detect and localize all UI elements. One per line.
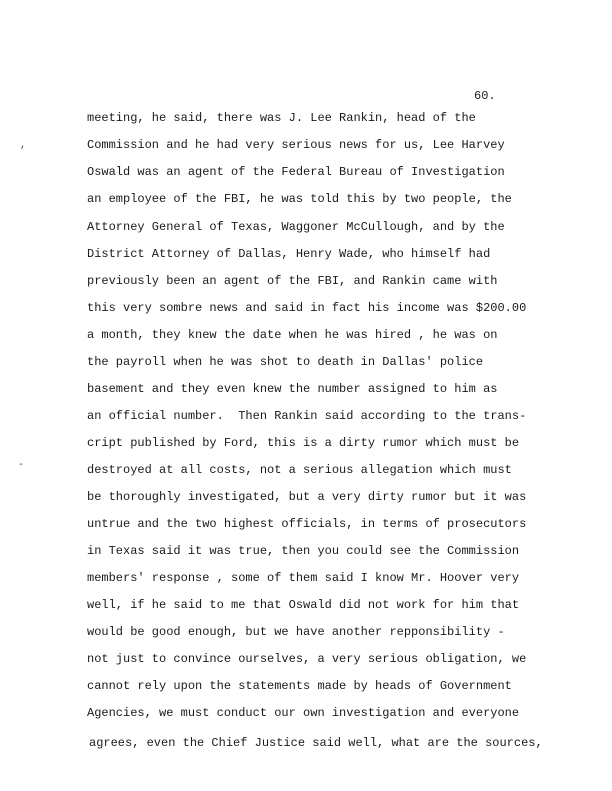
text-line: an official number. Then Rankin said acc… [87,409,526,423]
text-line: would be good enough, but we have anothe… [87,625,505,639]
text-line: a month, they knew the date when he was … [87,328,497,342]
text-line: destroyed at all costs, not a serious al… [87,463,512,477]
text-line: agrees, even the Chief Justice said well… [89,736,543,750]
text-line: meeting, he said, there was J. Lee Ranki… [87,111,476,125]
text-line: not just to convince ourselves, a very s… [87,652,526,666]
text-line: Oswald was an agent of the Federal Burea… [87,165,505,179]
text-line: the payroll when he was shot to death in… [87,355,483,369]
text-line: basement and they even knew the number a… [87,382,497,396]
text-line: Agencies, we must conduct our own invest… [87,706,519,720]
text-line: District Attorney of Dallas, Henry Wade,… [87,247,490,261]
text-line: cript published by Ford, this is a dirty… [87,436,519,450]
text-line: an employee of the FBI, he was told this… [87,192,512,206]
margin-mark: - [18,460,24,471]
text-line: be thoroughly investigated, but a very d… [87,490,526,504]
text-line: Commission and he had very serious news … [87,138,505,152]
text-line: cannot rely upon the statements made by … [87,679,512,693]
text-line: members' response , some of them said I … [87,571,519,585]
text-line: untrue and the two highest officials, in… [87,517,526,531]
text-line: Attorney General of Texas, Waggoner McCu… [87,220,505,234]
document-page: 60. meeting, he said, there was J. Lee R… [0,0,612,791]
margin-mark: , [20,140,26,151]
text-line: previously been an agent of the FBI, and… [87,274,497,288]
text-line: this very sombre news and said in fact h… [87,301,526,315]
text-line: in Texas said it was true, then you coul… [87,544,519,558]
page-number: 60. [474,89,496,103]
text-line: well, if he said to me that Oswald did n… [87,598,519,612]
